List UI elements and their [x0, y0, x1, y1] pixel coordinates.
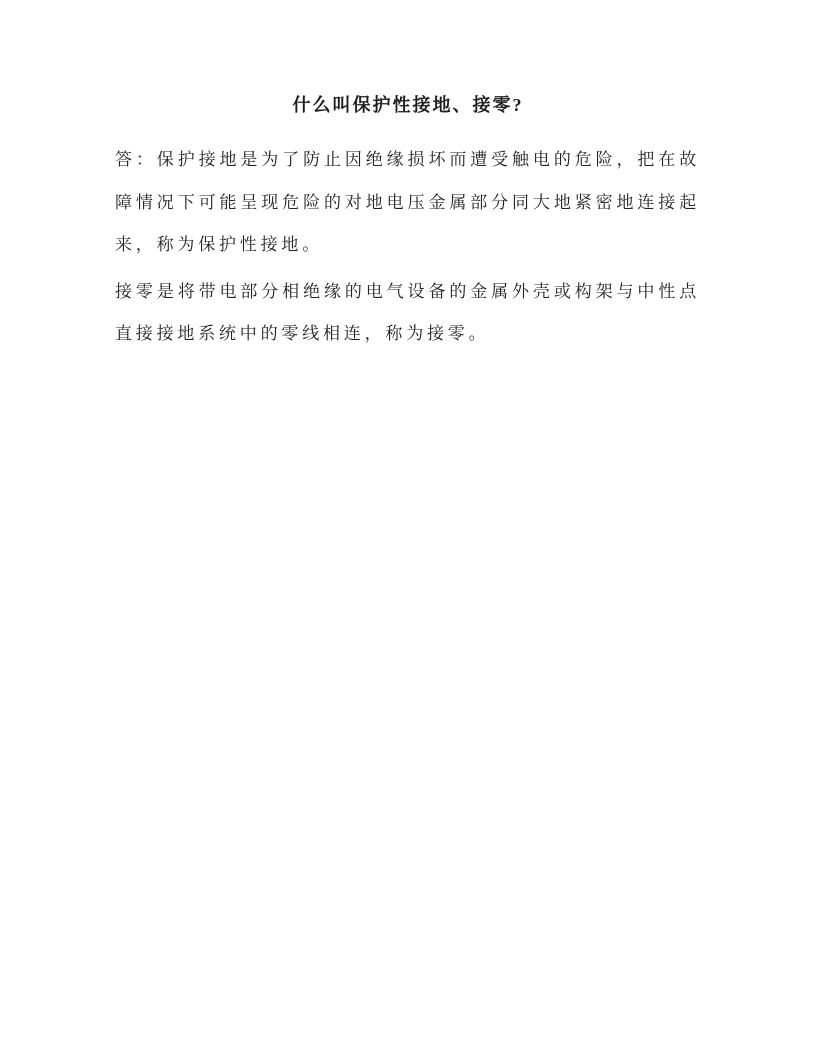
document-title: 什么叫保护性接地、接零?	[0, 0, 816, 118]
answer-paragraph-2: 接零是将带电部分相绝缘的电气设备的金属外壳或构架与中性点直接接地系统中的零线相连…	[115, 271, 700, 356]
document-page: 什么叫保护性接地、接零? 答：保护接地是为了防止因绝缘损坏而遭受触电的危险，把在…	[0, 0, 816, 1056]
document-body: 答：保护接地是为了防止因绝缘损坏而遭受触电的危险，把在故障情况下可能呈现危险的对…	[115, 139, 700, 356]
answer-paragraph-1: 答：保护接地是为了防止因绝缘损坏而遭受触电的危险，把在故障情况下可能呈现危险的对…	[115, 139, 700, 267]
